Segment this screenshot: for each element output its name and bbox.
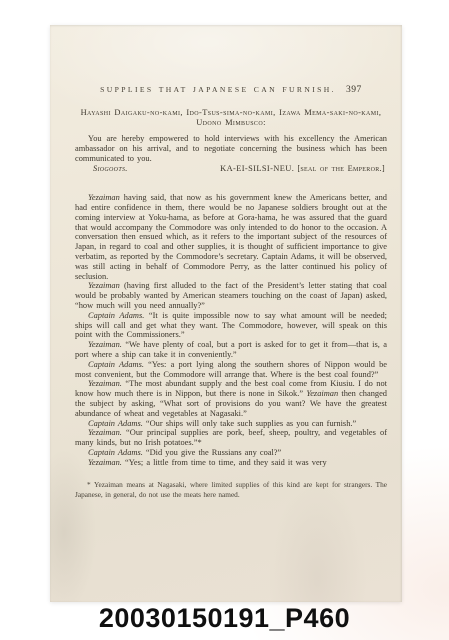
- dialogue-paragraph: Yezaiman. “The most abundant supply and …: [75, 379, 387, 418]
- dialogue-paragraph: Captain Adams. “Our ships will only take…: [75, 419, 387, 429]
- dialogue-paragraph: Yezaiman. “Our principal supplies are po…: [75, 428, 387, 448]
- dialogue-paragraph: Captain Adams. “Yes: a port lying along …: [75, 360, 387, 380]
- letter-salutation: Hayashi Daigaku-no-kami, Ido-Tsus-sima-n…: [75, 108, 387, 129]
- page-number: 397: [346, 85, 362, 95]
- scanned-document-view: SUPPLIES THAT JAPANESE CAN FURNISH. 397 …: [0, 0, 449, 640]
- dialogue-paragraph: Captain Adams. “It is quite impossible n…: [75, 311, 387, 340]
- letter-signature: Siogoots.: [93, 164, 128, 174]
- seal-line: KA-EI-SILSI-NEU.: [220, 164, 294, 173]
- page-text-block: SUPPLIES THAT JAPANESE CAN FURNISH. 397 …: [75, 85, 387, 499]
- photo-caption: 20030150191_P460: [0, 603, 449, 634]
- letter-body: You are hereby empowered to hold intervi…: [75, 134, 387, 163]
- dialogue-paragraph: Yezaiman having said, that now as his go…: [75, 193, 387, 281]
- seal-note: [seal of the Emperor.]: [297, 164, 385, 173]
- letter-signature-row: Siogoots. KA-EI-SILSI-NEU. [seal of the …: [75, 164, 387, 174]
- running-head: SUPPLIES THAT JAPANESE CAN FURNISH. 397: [75, 85, 387, 95]
- footnote: * Yezaiman means at Nagasaki, where limi…: [75, 480, 387, 499]
- dialogue-paragraph: Yezaiman (having first alluded to the fa…: [75, 281, 387, 310]
- dialogue-paragraph: Captain Adams. “Did you give the Russian…: [75, 448, 387, 458]
- dialogue-paragraph: Yezaiman. “Yes; a little from time to ti…: [75, 458, 387, 468]
- running-head-title: SUPPLIES THAT JAPANESE CAN FURNISH.: [100, 85, 336, 95]
- dialogue-paragraphs: Yezaiman having said, that now as his go…: [75, 193, 387, 467]
- book-page-photo: SUPPLIES THAT JAPANESE CAN FURNISH. 397 …: [50, 25, 402, 602]
- letter-seal: KA-EI-SILSI-NEU. [seal of the Emperor.]: [220, 164, 385, 174]
- dialogue-paragraph: Yezaiman. “We have plenty of coal, but a…: [75, 340, 387, 360]
